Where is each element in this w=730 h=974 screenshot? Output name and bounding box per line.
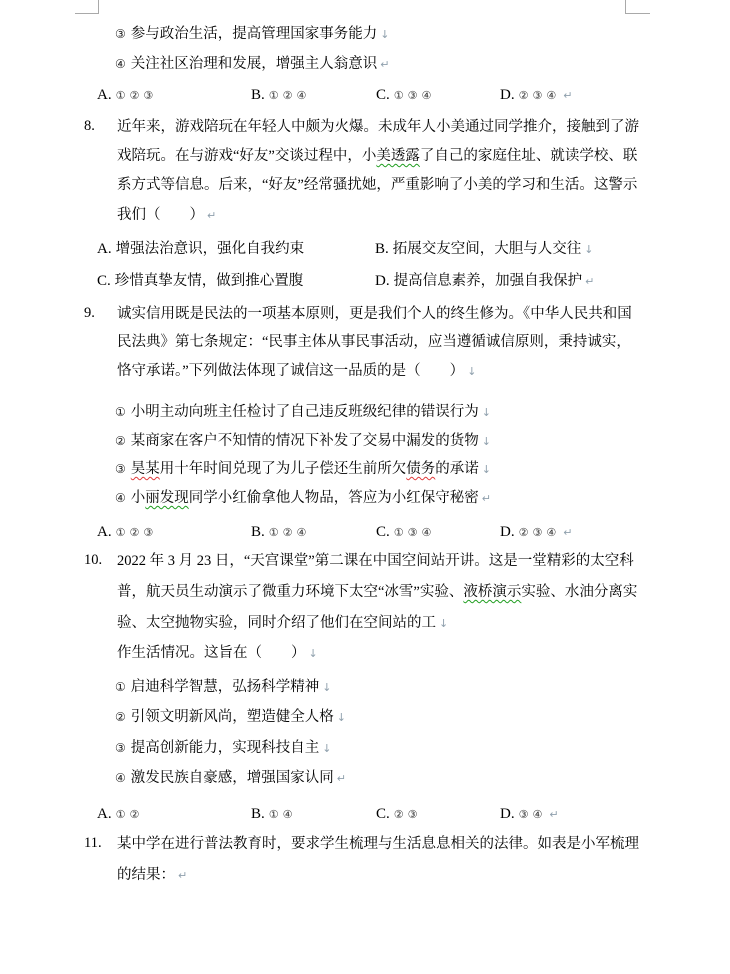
answer-option: A.①②③ xyxy=(97,523,251,542)
question-line: 2022 年 3 月 23 日，“天宫课堂”第二课在中国空间站开讲。这是一堂精彩… xyxy=(117,552,634,570)
list-item-text: 引领文明新风尚，塑造健全人格 xyxy=(131,709,334,725)
answer-option-values: ①③④ xyxy=(394,526,436,539)
paragraph-mark: ↵ xyxy=(207,209,216,222)
question-line: 验、太空抛物实验，同时介绍了他们在空间站的工↓ xyxy=(117,614,448,633)
soft-break-mark: ↓ xyxy=(309,647,318,660)
answer-option: A.①②③ xyxy=(97,86,251,105)
list-item-number: ① xyxy=(115,680,126,694)
list-item-text: 的承诺 xyxy=(435,461,479,477)
question-line: 系方式等信息。后来，“好友”经常骚扰她，严重影响了小美的学习和生活。这警示 xyxy=(117,176,637,194)
question-number: 9. xyxy=(84,305,95,322)
question-text: 验、太空抛物实验，同时介绍了他们在空间站的工 xyxy=(117,615,436,631)
paragraph-mark: ↵ xyxy=(482,492,491,505)
list-item-text: 激发民族自豪感，增强国家认同 xyxy=(131,770,334,786)
answer-option-values: ①④ xyxy=(269,808,297,821)
list-item-text: 小 xyxy=(131,490,146,506)
question-text: 恪守承诺。”下列做法体现了诚信这一品质的是（ ） xyxy=(117,363,464,379)
list-item-number: ③ xyxy=(115,462,126,476)
answer-option-text: 珍惜真挚友情，做到推心置腹 xyxy=(115,273,304,289)
answer-option-text: 拓展交友空间，大胆与人交往 xyxy=(393,241,582,257)
answer-option-values: ①②③ xyxy=(116,526,158,539)
margin-crop-mark-left xyxy=(75,0,99,14)
paragraph-mark: ↵ xyxy=(585,275,594,288)
answer-option-label: D. xyxy=(500,87,515,103)
answer-option-values: ③④ xyxy=(519,808,547,821)
answer-option: B.拓展交友空间，大胆与人交往↓ xyxy=(375,240,593,259)
answer-option: D.提高信息素养，加强自我保护↵ xyxy=(375,272,594,291)
answer-option-values: ②③ xyxy=(394,808,422,821)
answer-option-values: ①②③ xyxy=(116,89,158,102)
spellcheck-underline-red: 昊某 xyxy=(131,461,160,477)
answer-option-label: B. xyxy=(251,524,265,540)
answer-option-values: ①③④ xyxy=(394,89,436,102)
grammar-underline-green: 美透露 xyxy=(376,148,420,164)
answer-option: C.②③ xyxy=(376,805,500,824)
soft-break-mark: ↓ xyxy=(337,711,346,724)
question-line: 的结果：↵ xyxy=(117,866,187,885)
list-item-text: 小明主动向班主任检讨了自己违反班级纪律的错误行为 xyxy=(131,404,479,420)
question-line: 普，航天员生动演示了微重力环境下太空“冰雪”实验、液桥演示实验、水油分离实 xyxy=(117,583,637,601)
question-line: 我们（ ）↵ xyxy=(117,206,216,225)
paragraph-mark: ↵ xyxy=(563,526,572,539)
list-item-text: 用十年时间兑现了为儿子偿还生前所欠 xyxy=(160,461,407,477)
soft-break-mark: ↓ xyxy=(482,406,491,419)
answer-option-text: 增强法治意识，强化自我约束 xyxy=(116,241,305,257)
answer-option: B.①②④ xyxy=(251,523,376,542)
soft-break-mark: ↓ xyxy=(322,681,331,694)
grammar-underline-green: 液桥演示 xyxy=(463,584,521,600)
list-item-text: 启迪科学智慧，弘扬科学精神 xyxy=(131,679,320,695)
list-item-text: 同学小红偷拿他人物品，答应为小红保守秘密 xyxy=(189,490,479,506)
list-item: ②引领文明新风尚，塑造健全人格↓ xyxy=(115,708,346,727)
question-text: 普，航天员生动演示了微重力环境下太空“冰雪”实验、 xyxy=(117,584,463,600)
answer-option: D.③④↵ xyxy=(500,805,559,824)
answer-option: C.①③④ xyxy=(376,523,500,542)
answer-options-row: A.①②B.①④C.②③D.③④↵ xyxy=(97,805,559,824)
grammar-underline-green: 丽发现 xyxy=(145,490,189,506)
list-item-text: 提高创新能力，实现科技自主 xyxy=(131,740,320,756)
list-item: ④关注社区治理和发展，增强主人翁意识↵ xyxy=(115,55,389,74)
question-line: 近年来，游戏陪玩在年轻人中颇为火爆。未成年人小美通过同学推介，接触到了游 xyxy=(117,118,639,136)
question-line: 某中学在进行普法教育时，要求学生梳理与生活息息相关的法律。如表是小军梳理 xyxy=(117,835,639,853)
question-line: 作生活情况。这旨在（ ）↓ xyxy=(117,644,318,663)
answer-option-label: A. xyxy=(97,806,112,822)
answer-option-label: A. xyxy=(97,241,112,257)
list-item: ③参与政治生活，提高管理国家事务能力↓ xyxy=(115,25,389,44)
question-text: 作生活情况。这旨在（ ） xyxy=(117,645,306,661)
list-item-text: 参与政治生活，提高管理国家事务能力 xyxy=(131,26,378,42)
answer-option-label: C. xyxy=(376,87,390,103)
list-item: ③提高创新能力，实现科技自主↓ xyxy=(115,739,331,758)
answer-option-values: ①② xyxy=(116,808,144,821)
soft-break-mark: ↓ xyxy=(439,617,448,630)
soft-break-mark: ↓ xyxy=(322,742,331,755)
list-item: ④激发民族自豪感，增强国家认同↵ xyxy=(115,769,346,788)
spellcheck-underline-red: 债务 xyxy=(406,461,435,477)
answer-option-label: D. xyxy=(375,273,390,289)
answer-option-label: C. xyxy=(376,524,390,540)
soft-break-mark: ↓ xyxy=(482,463,491,476)
answer-option: C.珍惜真挚友情，做到推心置腹 xyxy=(97,272,303,290)
soft-break-mark: ↓ xyxy=(584,243,593,256)
answer-option-label: B. xyxy=(251,806,265,822)
list-item-number: ④ xyxy=(115,771,126,785)
answer-option: B.①④ xyxy=(251,805,376,824)
answer-option-values: ①②④ xyxy=(269,89,311,102)
answer-option: A.增强法治意识，强化自我约束 xyxy=(97,240,304,258)
question-text: 我们（ ） xyxy=(117,207,204,223)
list-item-text: 某商家在客户不知情的情况下补发了交易中漏发的货物 xyxy=(131,433,479,449)
answer-option-values: ②③④ xyxy=(519,526,561,539)
question-line: 恪守承诺。”下列做法体现了诚信这一品质的是（ ）↓ xyxy=(117,362,476,381)
list-item: ①启迪科学智慧，弘扬科学精神↓ xyxy=(115,678,331,697)
list-item-number: ② xyxy=(115,434,126,448)
soft-break-mark: ↓ xyxy=(482,435,491,448)
paragraph-mark: ↵ xyxy=(549,808,558,821)
answer-option: A.①② xyxy=(97,805,251,824)
answer-options-row: A.①②③B.①②④C.①③④D.②③④↵ xyxy=(97,523,572,542)
answer-option-label: A. xyxy=(97,524,112,540)
question-line: 戏陪玩。在与游戏“好友”交谈过程中，小美透露了自己的家庭住址、就读学校、联 xyxy=(117,147,637,165)
list-item-number: ③ xyxy=(115,741,126,755)
answer-option: B.①②④ xyxy=(251,86,376,105)
paragraph-mark: ↵ xyxy=(178,869,187,882)
answer-option-text: 提高信息素养，加强自我保护 xyxy=(394,273,583,289)
question-text: 戏陪玩。在与游戏“好友”交谈过程中，小 xyxy=(117,148,376,164)
list-item-number: ④ xyxy=(115,491,126,505)
soft-break-mark: ↓ xyxy=(380,28,389,41)
answer-option-label: A. xyxy=(97,87,112,103)
question-number: 10. xyxy=(84,552,102,569)
answer-option-label: B. xyxy=(375,241,389,257)
answer-option-label: C. xyxy=(97,273,111,289)
answer-option-label: D. xyxy=(500,524,515,540)
list-item-text: 关注社区治理和发展，增强主人翁意识 xyxy=(131,56,378,72)
answer-option-label: B. xyxy=(251,87,265,103)
answer-option-label: D. xyxy=(500,806,515,822)
question-line: 诚实信用既是民法的一项基本原则，更是我们个人的终生修为。《中华人民共和国 xyxy=(117,305,632,323)
answer-option: D.②③④↵ xyxy=(500,523,572,542)
answer-option-label: C. xyxy=(376,806,390,822)
list-item: ③昊某用十年时间兑现了为儿子偿还生前所欠债务的承诺↓ xyxy=(115,460,491,479)
answer-options-row: A.①②③B.①②④C.①③④D.②③④↵ xyxy=(97,86,572,105)
list-item: ②某商家在客户不知情的情况下补发了交易中漏发的货物↓ xyxy=(115,432,491,451)
answer-option-values: ②③④ xyxy=(519,89,561,102)
answer-option: D.②③④↵ xyxy=(500,86,572,105)
soft-break-mark: ↓ xyxy=(467,365,476,378)
answer-option-values: ①②④ xyxy=(269,526,311,539)
question-number: 8. xyxy=(84,118,95,135)
answer-option: C.①③④ xyxy=(376,86,500,105)
question-number: 11. xyxy=(84,835,102,852)
question-text: 了自己的家庭住址、就读学校、联 xyxy=(420,148,638,164)
question-line: 民法典》第七条规定：“民事主体从事民事活动，应当遵循诚信原则，秉持诚实， xyxy=(117,333,631,351)
document-page: ③参与政治生活，提高管理国家事务能力↓ ④关注社区治理和发展，增强主人翁意识↵ … xyxy=(0,0,730,974)
paragraph-mark: ↵ xyxy=(337,772,346,785)
question-text: 的结果： xyxy=(117,867,175,883)
list-item: ④小丽发现同学小红偷拿他人物品，答应为小红保守秘密↵ xyxy=(115,489,491,508)
margin-crop-mark-right xyxy=(625,0,650,14)
paragraph-mark: ↵ xyxy=(563,89,572,102)
list-item-number: ④ xyxy=(115,57,126,71)
question-text: 实验、水油分离实 xyxy=(521,584,637,600)
paragraph-mark: ↵ xyxy=(380,58,389,71)
list-item-number: ② xyxy=(115,710,126,724)
list-item: ①小明主动向班主任检讨了自己违反班级纪律的错误行为↓ xyxy=(115,403,491,422)
list-item-number: ① xyxy=(115,405,126,419)
list-item-number: ③ xyxy=(115,27,126,41)
